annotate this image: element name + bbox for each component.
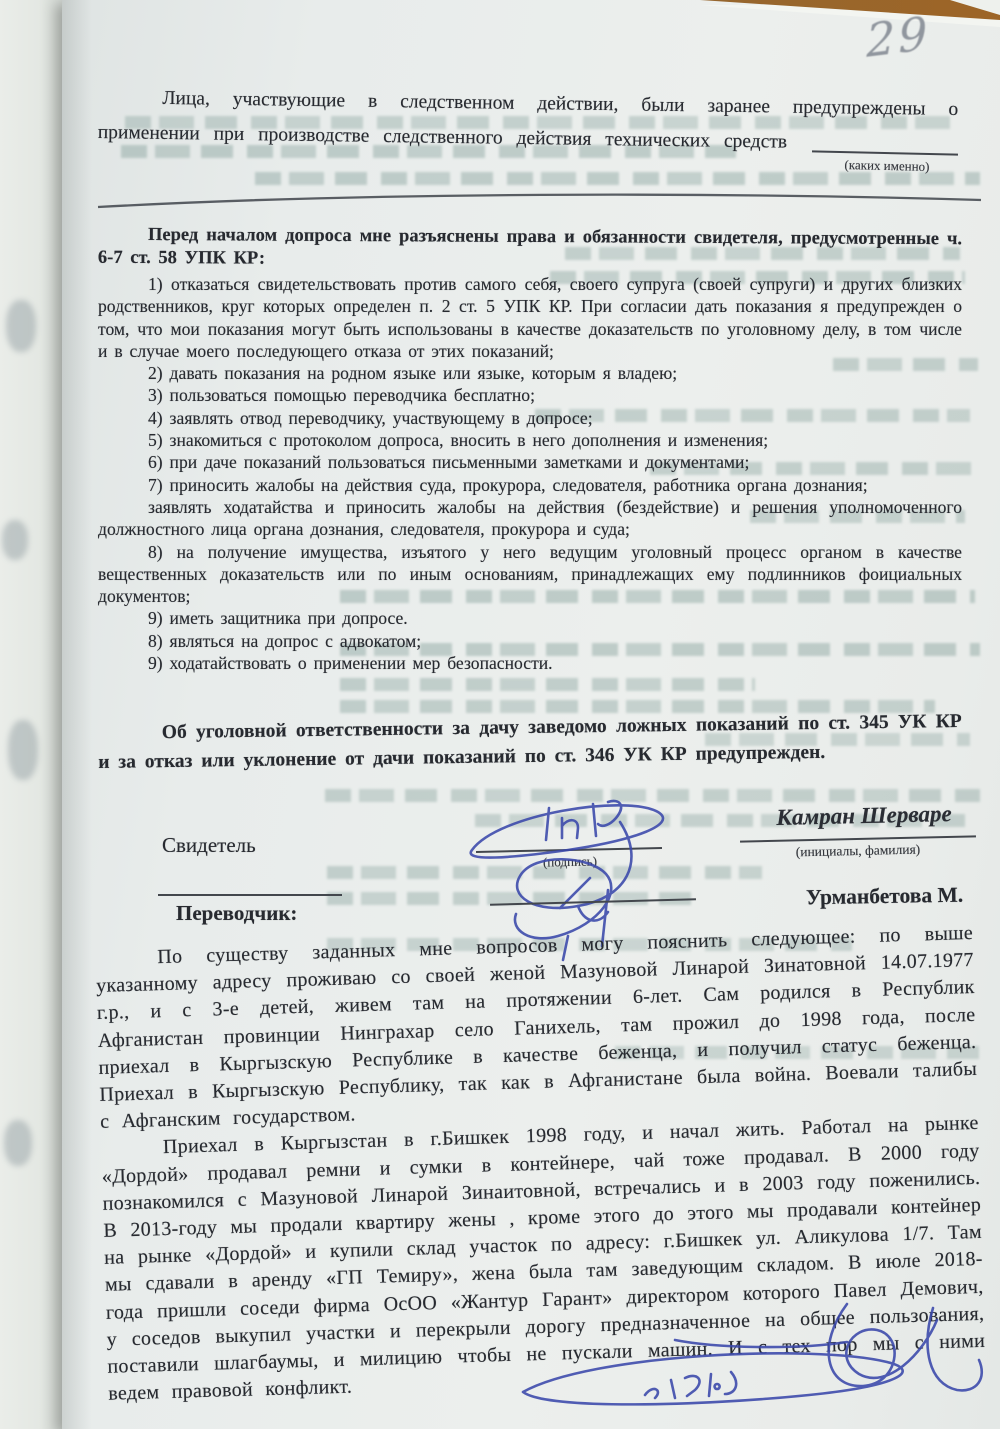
rights-item: 4) заявлять отвод переводчику, участвующ… <box>98 407 962 429</box>
translator-name: Урманбетова М. <box>806 883 964 911</box>
rights-item: 8) на получение имущества, изъятого у не… <box>98 541 962 608</box>
blank-caption: (каких именно) <box>822 157 952 176</box>
ink-smudge <box>2 520 28 560</box>
rights-item: 1) отказаться свидетельствовать против с… <box>98 273 962 362</box>
rights-item: 8) являться на допрос с адвокатом; <box>98 630 962 652</box>
rights-item: 9) ходатайствовать о применении мер безо… <box>98 652 962 674</box>
rights-list: 1) отказаться свидетельствовать против с… <box>98 273 962 674</box>
rights-item: 2) давать показания на родном языке или … <box>98 362 962 384</box>
ink-smudge <box>8 720 38 780</box>
bottom-signature-right <box>829 1304 982 1390</box>
ink-smudge <box>6 300 36 352</box>
divider-line <box>92 188 987 212</box>
bottom-signature-left <box>523 1353 903 1404</box>
rights-heading: Перед началом допроса мне разъяснены пра… <box>98 224 962 275</box>
warning-paragraph: Об уголовной ответственности за дачу зав… <box>98 708 963 777</box>
witness-name: Камран Шерваре <box>758 801 971 832</box>
document-photo: 29 Лица, участвующие в следственном дейс… <box>0 0 1000 1429</box>
page-number: 29 <box>866 6 931 68</box>
rights-item: 5) знакомиться с протоколом допроса, вно… <box>98 429 962 451</box>
translator-label: Переводчик: <box>176 901 297 926</box>
witness-label: Свидетель <box>162 833 256 858</box>
ink-smudge <box>4 1120 32 1166</box>
page-crease <box>62 0 92 1429</box>
rights-item: 9) иметь защитника при допросе. <box>98 607 962 629</box>
rights-item: заявлять ходатайства и приносить жалобы … <box>98 496 962 541</box>
translator-line <box>158 894 342 896</box>
under-page-left-edge <box>0 0 70 1429</box>
bottom-signatures <box>495 1292 1000 1429</box>
testimony-paragraph-1: По существу заданных мне вопросов могу п… <box>95 920 978 1136</box>
rights-item: 3) пользоваться помощью переводчика бесп… <box>98 384 962 406</box>
rights-item: 7) приносить жалобы на действия суда, пр… <box>98 474 962 496</box>
intro-paragraph: Лица, участвующие в следственном действи… <box>98 80 959 162</box>
rights-item: 6) при даче показаний пользоваться письм… <box>98 451 962 473</box>
